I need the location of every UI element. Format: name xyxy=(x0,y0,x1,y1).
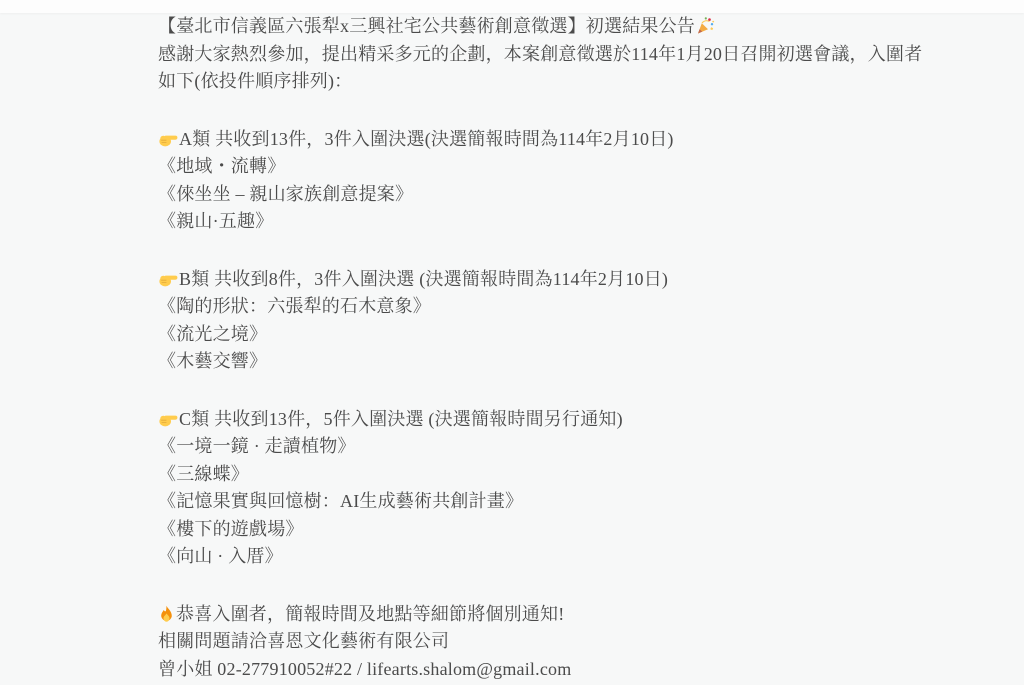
category-section-b: B類 共收到8件，3件入圍決選 (決選簡報時間為114年2月10日) 《陶的形狀… xyxy=(158,266,958,376)
category-section-a: A類 共收到13件，3件入圍決選(決選簡報時間為114年2月10日) 《地域・流… xyxy=(158,126,958,236)
top-strip xyxy=(0,0,1024,13)
post-title: 【臺北市信義區六張犁x三興社宅公共藝術創意徵選】初選結果公告 xyxy=(158,13,958,41)
category-a-heading-text: A類 共收到13件，3件入圍決選(決選簡報時間為114年2月10日) xyxy=(179,129,674,149)
entry-line: 《一境一鏡 · 走讀植物》 xyxy=(158,433,958,461)
entry-line: 《向山 · 入厝》 xyxy=(158,543,958,571)
post-title-text: 【臺北市信義區六張犁x三興社宅公共藝術創意徵選】初選結果公告 xyxy=(158,16,695,36)
entry-line: 《木藝交響》 xyxy=(158,348,958,376)
contact-person-line: 曾小姐 02-277910052#22 / lifearts.shalom@gm… xyxy=(158,656,958,684)
congrats-line: 恭喜入圍者，簡報時間及地點等細節將個別通知! xyxy=(158,601,958,629)
entry-line: 《地域・流轉》 xyxy=(158,153,958,181)
category-b-heading: B類 共收到8件，3件入圍決選 (決選簡報時間為114年2月10日) xyxy=(158,266,958,294)
pointing-finger-icon xyxy=(158,410,178,429)
entry-line: 《親山·五趣》 xyxy=(158,208,958,236)
footer-block: 恭喜入圍者，簡報時間及地點等細節將個別通知! 相關問題請洽喜恩文化藝術有限公司 … xyxy=(158,601,958,684)
entry-line: 《陶的形狀：六張犁的石木意象》 xyxy=(158,293,958,321)
entry-line: 《倈坐坐 – 親山家族創意提案》 xyxy=(158,181,958,209)
category-section-c: C類 共收到13件，5件入圍決選 (決選簡報時間另行通知) 《一境一鏡 · 走讀… xyxy=(158,406,958,571)
category-b-heading-text: B類 共收到8件，3件入圍決選 (決選簡報時間為114年2月10日) xyxy=(179,269,668,289)
entry-line: 《記憶果實與回憶樹：AI生成藝術共創計畫》 xyxy=(158,488,958,516)
intro-block: 【臺北市信義區六張犁x三興社宅公共藝術創意徵選】初選結果公告 感謝大家熱烈參加，… xyxy=(158,13,958,96)
pointing-finger-icon xyxy=(158,130,178,149)
pointing-finger-icon xyxy=(158,270,178,289)
announcement-post: 【臺北市信義區六張犁x三興社宅公共藝術創意徵選】初選結果公告 感謝大家熱烈參加，… xyxy=(158,13,958,683)
congrats-text: 恭喜入圍者，簡報時間及地點等細節將個別通知! xyxy=(176,604,564,624)
category-c-heading-text: C類 共收到13件，5件入圍決選 (決選簡報時間另行通知) xyxy=(179,409,623,429)
intro-line-2: 如下(依投件順序排列)： xyxy=(158,68,958,96)
category-a-heading: A類 共收到13件，3件入圍決選(決選簡報時間為114年2月10日) xyxy=(158,126,958,154)
entry-line: 《三線蝶》 xyxy=(158,461,958,489)
contact-org-line: 相關問題請洽喜恩文化藝術有限公司 xyxy=(158,628,958,656)
entry-line: 《流光之境》 xyxy=(158,321,958,349)
category-c-heading: C類 共收到13件，5件入圍決選 (決選簡報時間另行通知) xyxy=(158,406,958,434)
party-popper-icon xyxy=(695,16,715,36)
fire-icon xyxy=(158,605,175,624)
intro-line-1: 感謝大家熱烈參加，提出精采多元的企劃，本案創意徵選於114年1月20日召開初選會… xyxy=(158,41,958,69)
entry-line: 《樓下的遊戲場》 xyxy=(158,516,958,544)
